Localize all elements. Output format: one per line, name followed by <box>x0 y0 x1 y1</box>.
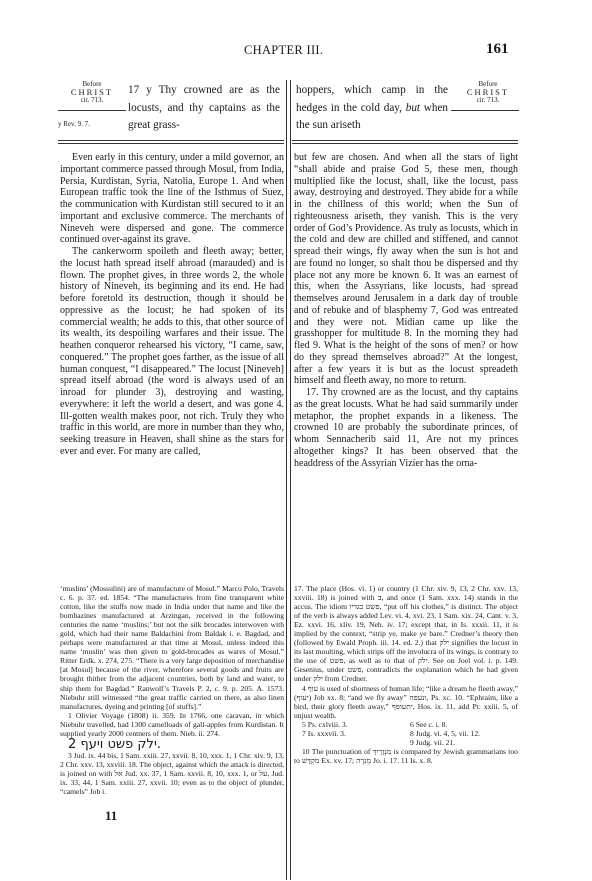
footnote: 1 Olivier Voyage (1808) ii. 359. In 1766… <box>60 711 284 738</box>
footnote: 8 Judg. vi. 4, 5, vii. 12. <box>410 729 518 738</box>
column-divider <box>286 80 291 880</box>
commentary-paragraph: Even early in this century, under a mild… <box>60 152 284 246</box>
margin-rule-right <box>451 110 519 111</box>
footnote: 4 עוף is used of shortness of human life… <box>294 684 518 720</box>
margin-date-right: Before CHRIST cir. 713. <box>457 80 519 104</box>
book-page: CHAPTER III. 161 Before CHRIST cir. 713.… <box>0 0 592 881</box>
footnote: 5 Ps. cxlviii. 3. <box>302 720 410 729</box>
page-number: 161 <box>486 41 509 58</box>
cross-reference: y Rev. 9. 7. <box>58 120 90 128</box>
footnote: 17. The place (Hos. vi. 1) or country (1… <box>294 584 518 684</box>
commentary-paragraph: but few are chosen. And when all the sta… <box>294 152 518 387</box>
margin-rule-left <box>58 110 126 111</box>
footnote: 6 See c. i. 8. <box>410 720 518 729</box>
verse-text-right: hoppers, which camp in the hedges in the… <box>296 82 448 135</box>
margin-date-left: Before CHRIST cir. 713. <box>58 80 126 104</box>
footnote: 9 Judg. vii. 21. <box>410 738 518 747</box>
margin-christ-label: CHRIST <box>58 88 126 96</box>
footnote-grid: 5 Ps. cxlviii. 3. 6 See c. i. 8. 7 Is. x… <box>294 720 518 747</box>
commentary-column-left: Even early in this century, under a mild… <box>60 152 284 458</box>
margin-date-label: cir. 713. <box>457 96 519 104</box>
footnote-hebrew: 2 ילק פשט ויעף. <box>68 740 284 749</box>
footnote: ‘muslins’ (Mossulini) are of manufacture… <box>60 584 284 711</box>
section-rule-left <box>58 140 284 144</box>
running-head: CHAPTER III. 161 <box>0 43 592 59</box>
chapter-title: CHAPTER III. <box>244 43 323 58</box>
commentary-paragraph: The cankerworm spoileth and fleeth away;… <box>60 246 284 458</box>
footnote: 3 Jud. ix. 44 bis, 1 Sam. xxiii. 27, xxv… <box>60 751 284 796</box>
signature-mark: 11 <box>105 808 117 824</box>
footnote: 10 The punctuation of מִנְזָרַיִךְ is co… <box>294 747 518 765</box>
margin-christ-label: CHRIST <box>457 88 519 96</box>
commentary-paragraph: 17. Thy crowned are as the locust, and t… <box>294 387 518 469</box>
footnote <box>302 738 410 747</box>
verse-right-italic: but <box>406 102 420 114</box>
footnote: 7 Is. xxxvii. 3. <box>302 729 410 738</box>
margin-date-label: cir. 713. <box>58 96 126 104</box>
section-rule-right <box>292 140 518 144</box>
commentary-column-right: but few are chosen. And when all the sta… <box>294 152 518 469</box>
footnotes-left: ‘muslins’ (Mossulini) are of manufacture… <box>60 584 284 796</box>
footnotes-right: 17. The place (Hos. vi. 1) or country (1… <box>294 584 518 765</box>
verse-text-left: 17 y Thy crowned are as the locusts, and… <box>128 82 280 135</box>
